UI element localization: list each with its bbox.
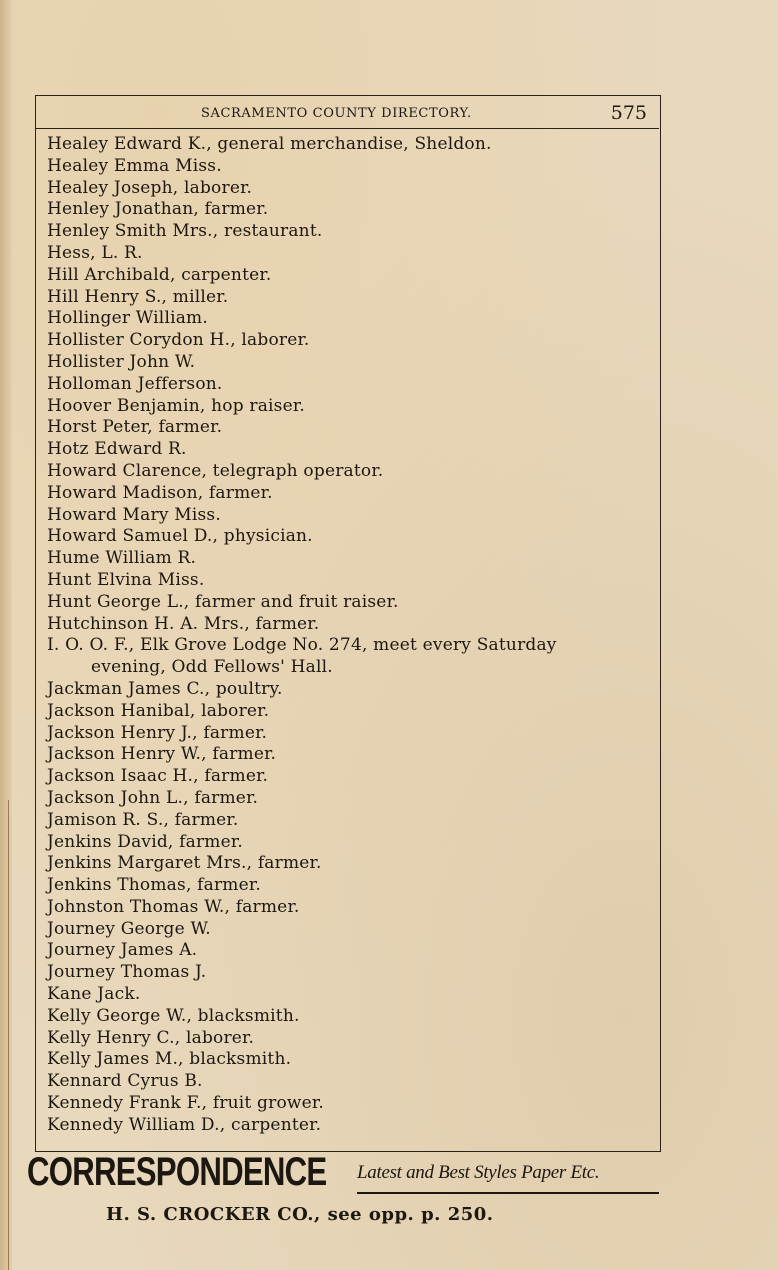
page-number: 575	[611, 102, 647, 124]
directory-entry: Hill Archibald, carpenter.	[47, 265, 652, 287]
directory-entry: Jackson John L., farmer.	[47, 788, 652, 810]
directory-entry: Journey Thomas J.	[47, 962, 652, 984]
ad-headline: CORRESPONDENCE	[27, 1150, 326, 1195]
directory-entry: Healey Joseph, laborer.	[47, 178, 652, 200]
directory-entry: Johnston Thomas W., farmer.	[47, 897, 652, 919]
directory-entry: Hume William R.	[47, 548, 652, 570]
directory-list: Healey Edward K., general merchandise, S…	[47, 134, 652, 1137]
directory-entry: Henley Smith Mrs., restaurant.	[47, 221, 652, 243]
directory-entry: Jackson Henry W., farmer.	[47, 744, 652, 766]
directory-entry: Hollinger William.	[47, 308, 652, 330]
directory-entry: Jackman James C., poultry.	[47, 679, 652, 701]
directory-entry: Hill Henry S., miller.	[47, 287, 652, 309]
lodge-entry-line2: evening, Odd Fellows' Hall.	[47, 657, 652, 679]
directory-entry: Journey James A.	[47, 940, 652, 962]
directory-entry: Jackson Isaac H., farmer.	[47, 766, 652, 788]
directory-entry: Kennedy Frank F., fruit grower.	[47, 1093, 652, 1115]
ad-company: H. S. CROCKER CO., see opp. p. 250.	[106, 1204, 494, 1225]
directory-entry: Hotz Edward R.	[47, 439, 652, 461]
directory-entry: Jackson Henry J., farmer.	[47, 723, 652, 745]
directory-entry: Howard Clarence, telegraph operator.	[47, 461, 652, 483]
directory-entry: Howard Samuel D., physician.	[47, 526, 652, 548]
directory-entry: Journey George W.	[47, 919, 652, 941]
directory-entry: Hollister Corydon H., laborer.	[47, 330, 652, 352]
header-title: SACRAMENTO COUNTY DIRECTORY.	[201, 106, 472, 121]
directory-entry: Healey Emma Miss.	[47, 156, 652, 178]
directory-entry: Hoover Benjamin, hop raiser.	[47, 396, 652, 418]
directory-entry: Jamison R. S., farmer.	[47, 810, 652, 832]
directory-entry: Jenkins Thomas, farmer.	[47, 875, 652, 897]
directory-entry: Jenkins David, farmer.	[47, 832, 652, 854]
directory-entry: Jenkins Margaret Mrs., farmer.	[47, 853, 652, 875]
lodge-entry: I. O. O. F., Elk Grove Lodge No. 274, me…	[47, 635, 652, 679]
directory-entry: Jackson Hanibal, laborer.	[47, 701, 652, 723]
directory-entry: Hess, L. R.	[47, 243, 652, 265]
directory-entry: Kelly George W., blacksmith.	[47, 1006, 652, 1028]
directory-entry: Henley Jonathan, farmer.	[47, 199, 652, 221]
directory-entry: Healey Edward K., general merchandise, S…	[47, 134, 652, 156]
directory-entry: Hunt Elvina Miss.	[47, 570, 652, 592]
directory-entry: Hunt George L., farmer and fruit raiser.	[47, 592, 652, 614]
running-header: SACRAMENTO COUNTY DIRECTORY. 575	[35, 104, 659, 129]
gutter-line	[8, 800, 9, 1270]
directory-entry: Howard Mary Miss.	[47, 505, 652, 527]
directory-entry: Kelly James M., blacksmith.	[47, 1049, 652, 1071]
directory-entry: Kennedy William D., carpenter.	[47, 1115, 652, 1137]
directory-entry: Kennard Cyrus B.	[47, 1071, 652, 1093]
directory-entry: Howard Madison, farmer.	[47, 483, 652, 505]
directory-entry: Hutchinson H. A. Mrs., farmer.	[47, 614, 652, 636]
ad-tagline: Latest and Best Styles Paper Etc.	[357, 1162, 659, 1194]
directory-entry: Kane Jack.	[47, 984, 652, 1006]
directory-entry: Hollister John W.	[47, 352, 652, 374]
page-gutter	[0, 0, 12, 1270]
directory-entry: Horst Peter, farmer.	[47, 417, 652, 439]
lodge-entry-line1: I. O. O. F., Elk Grove Lodge No. 274, me…	[47, 635, 557, 655]
directory-entry: Kelly Henry C., laborer.	[47, 1028, 652, 1050]
directory-entry: Holloman Jefferson.	[47, 374, 652, 396]
